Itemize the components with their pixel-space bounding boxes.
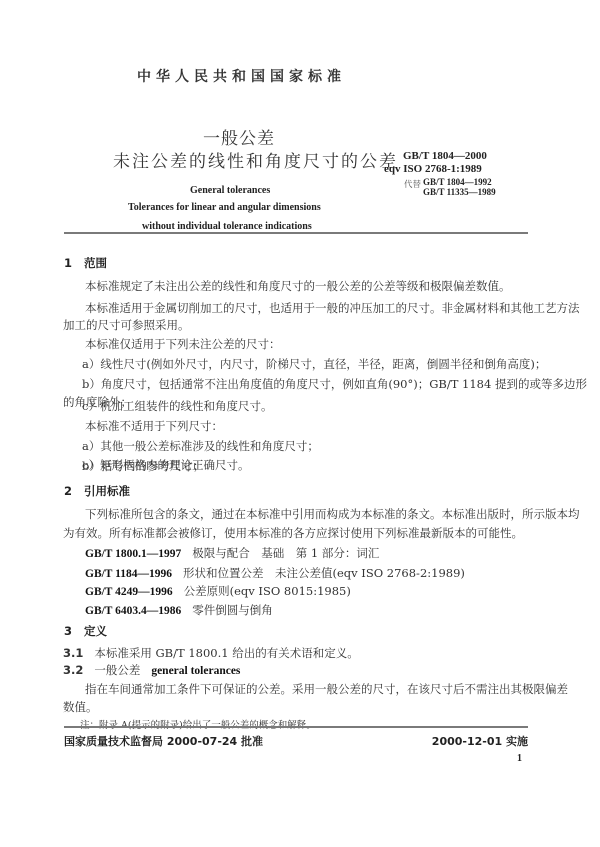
reference-item: GB/T 6403.4—1986 零件倒圆与倒角	[85, 602, 273, 618]
section-number: 2	[64, 484, 72, 498]
title-cn-line2: 未注公差的线性和角度尺寸的公差	[113, 147, 398, 172]
section-title: 引用标准	[84, 484, 130, 498]
reference-title: 极限与配合 基础 第 1 部分：词汇	[192, 546, 379, 560]
reference-code: GB/T 6403.4—1986	[85, 605, 181, 617]
paragraph: 本标准不适用于下列尺寸：	[85, 418, 223, 434]
definition-3-1: 3.1 本标准采用 GB/T 1800.1 给出的有关术语和定义。	[63, 645, 359, 661]
approval-date: 国家质量技术监督局 2000-07-24 批准	[64, 733, 263, 749]
list-item: c）矩形框格内的理论正确尺寸。	[82, 457, 249, 473]
section-title: 范围	[84, 256, 107, 270]
reference-title: 公差原则(eqv ISO 8015:1985)	[184, 584, 351, 598]
reference-item: GB/T 1184—1996 形状和位置公差 未注公差值(eqv ISO 276…	[85, 565, 465, 581]
standard-equivalence: eqv ISO 2768-1:1989	[384, 163, 482, 175]
list-item: c）机加工组装件的线性和角度尺寸。	[82, 398, 272, 414]
section-title: 定义	[84, 624, 107, 638]
definition-number: 3.2	[63, 663, 83, 677]
definition-text: 本标准采用 GB/T 1800.1 给出的有关术语和定义。	[94, 646, 358, 660]
definition-term-en: general tolerances	[151, 665, 240, 677]
list-item: a）其他一般公差标准涉及的线性和角度尺寸；	[82, 438, 319, 454]
implementation-date: 2000-12-01 实施	[432, 733, 528, 749]
replaces-standard-2: GB/T 11335—1989	[423, 187, 496, 197]
section-number: 1	[64, 256, 72, 270]
paragraph: 加工的尺寸可参照采用。	[63, 317, 190, 333]
section-3-heading: 3 定义	[64, 623, 107, 639]
definition-number: 3.1	[63, 646, 83, 660]
title-en-line1: General tolerances	[190, 185, 270, 196]
reference-code: GB/T 4249—1996	[85, 586, 173, 598]
reference-code: GB/T 1184—1996	[85, 568, 172, 580]
title-en-line3: without individual tolerance indications	[142, 221, 312, 232]
standard-number: GB/T 1804—2000	[403, 150, 487, 162]
paragraph: 本标准仅适用于下列未注公差的尺寸：	[85, 336, 281, 352]
replaces-standard-1: GB/T 1804—1992	[423, 177, 492, 187]
list-item: b）角度尺寸，包括通常不注出角度值的角度尺寸，例如直角(90°)；GB/T 11…	[82, 376, 587, 392]
page-number: 1	[517, 753, 522, 764]
header-divider	[64, 232, 528, 234]
title-en-line2: Tolerances for linear and angular dimens…	[128, 202, 321, 213]
paragraph: 数值。	[63, 699, 98, 715]
reference-title: 形状和位置公差 未注公差值(eqv ISO 2768-2:1989)	[183, 566, 465, 580]
reference-code: GB/T 1800.1—1997	[85, 548, 181, 560]
reference-item: GB/T 1800.1—1997 极限与配合 基础 第 1 部分：词汇	[85, 545, 379, 561]
section-2-heading: 2 引用标准	[64, 483, 130, 499]
paragraph: 本标准规定了未注出公差的线性和角度尺寸的一般公差的公差等级和极限偏差数值。	[85, 278, 511, 294]
paragraph: 为有效。所有标准都会被修订，使用本标准的各方应探讨使用下列标准最新版本的可能性。	[63, 525, 523, 541]
paragraph: 本标准适用于金属切削加工的尺寸，也适用于一般的冲压加工的尺寸。非金属材料和其他工…	[85, 300, 580, 316]
title-cn-line1: 一般公差	[203, 124, 275, 149]
paragraph: 下列标准所包含的条文，通过在本标准中引用而构成为本标准的条文。本标准出版时，所示…	[85, 506, 580, 522]
note: 注：附录 A(提示的附录)给出了一般公差的概念和解释。	[80, 717, 316, 731]
section-1-heading: 1 范围	[64, 255, 107, 271]
list-item: a）线性尺寸(例如外尺寸，内尺寸，阶梯尺寸，直径，半径，距离，倒圆半径和倒角高度…	[82, 356, 546, 372]
paragraph: 指在车间通常加工条件下可保证的公差。采用一般公差的尺寸，在该尺寸后不需注出其极限…	[85, 681, 568, 697]
section-number: 3	[64, 624, 72, 638]
definition-term-cn: 一般公差	[94, 663, 140, 677]
footer-divider	[64, 726, 528, 728]
country-standard-heading: 中华人民共和国国家标准	[137, 66, 346, 86]
reference-title: 零件倒圆与倒角	[192, 603, 273, 617]
replaces-label: 代替	[404, 178, 421, 190]
reference-item: GB/T 4249—1996 公差原则(eqv ISO 8015:1985)	[85, 583, 351, 599]
definition-3-2: 3.2 一般公差 general tolerances	[63, 662, 240, 678]
